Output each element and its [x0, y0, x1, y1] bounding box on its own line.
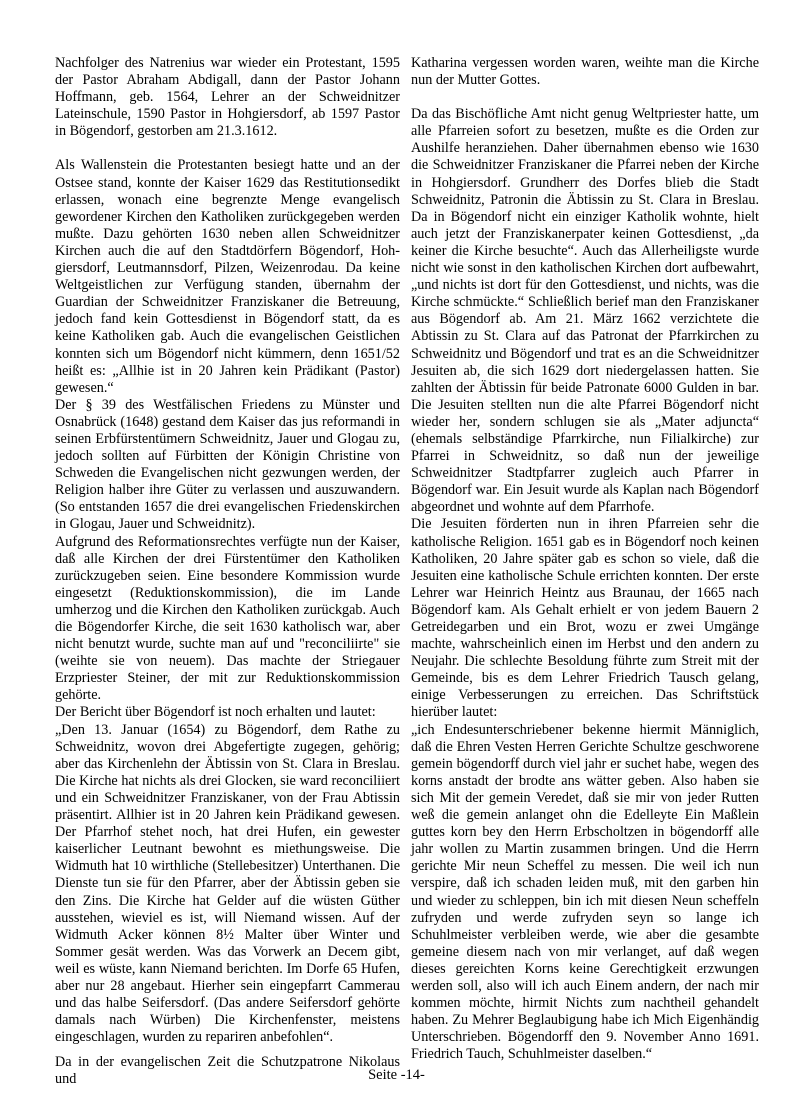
paragraph-schoolmaster-document: „ich Endesunterschriebener bekenne hierm… [411, 722, 759, 1064]
left-column: Nachfolger des Natrenius war wieder ein … [55, 55, 400, 1089]
paragraph-mother-of-god: Katharina vergessen worden waren, weihte… [411, 55, 759, 89]
paragraph-reformation-right: Aufgrund des Reformationsrechtes verfügt… [55, 534, 400, 705]
paragraph-succession-pastors: Nachfolger des Natrenius war wieder ein … [55, 55, 400, 140]
right-column: Katharina vergessen worden waren, weihte… [411, 55, 759, 1063]
paragraph-report-quote: „Den 13. Januar (1654) zu Bögendorf, dem… [55, 722, 400, 1047]
paragraph-wallenstein-restitution: Als Wallenstein die Protestanten besiegt… [55, 157, 400, 396]
paragraph-westphalian-peace: Der § 39 des Westfälischen Friedens zu M… [55, 397, 400, 534]
page-number: Seite -14- [0, 1067, 793, 1084]
paragraph-franciscans-jesuits: Da das Bischöfliche Amt nicht genug Welt… [411, 106, 759, 516]
paragraph-report-intro: Der Bericht über Bögendorf ist noch erha… [55, 704, 400, 721]
paragraph-catholic-school: Die Jesuiten förderten nun in ihren Pfar… [411, 516, 759, 721]
